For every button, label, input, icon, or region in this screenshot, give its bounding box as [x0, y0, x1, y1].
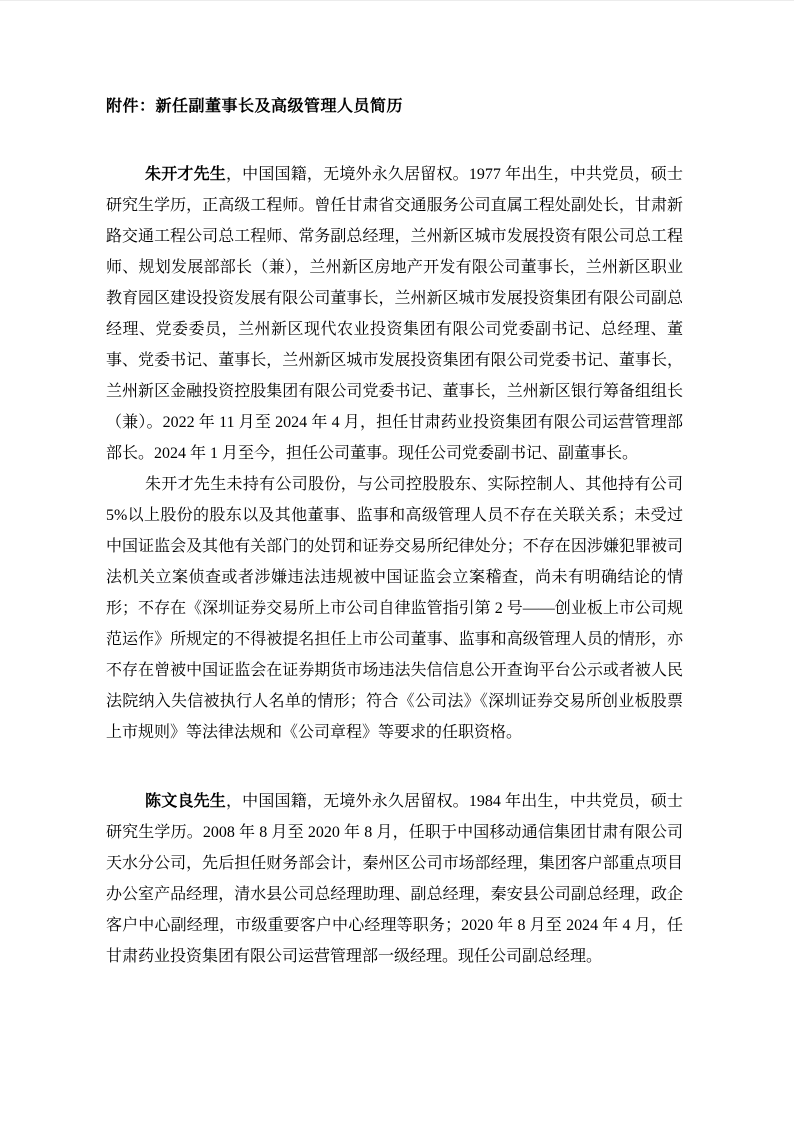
zhu-kaicai-bio-paragraph: 朱开才先生，中国国籍，无境外永久居留权。1977 年出生，中共党员，硕士研究生学… — [106, 159, 683, 469]
document-page: 附件：新任副董事长及高级管理人员简历 朱开才先生，中国国籍，无境外永久居留权。1… — [0, 0, 794, 1122]
zhu-kaicai-compliance-text: 朱开才先生未持有公司股份，与公司控股股东、实际控制人、其他持有公司5%以上股份的… — [106, 476, 683, 741]
chen-wenliang-bio-text: ，中国国籍，无境外永久居留权。1984 年出生，中共党员，硕士研究生学历。200… — [106, 793, 683, 965]
attachment-title: 附件：新任副董事长及高级管理人员简历 — [106, 95, 683, 119]
zhu-kaicai-name: 朱开才先生 — [145, 166, 226, 183]
zhu-kaicai-compliance-paragraph: 朱开才先生未持有公司股份，与公司控股股东、实际控制人、其他持有公司5%以上股份的… — [106, 469, 683, 748]
chen-wenliang-bio-paragraph: 陈文良先生，中国国籍，无境外永久居留权。1984 年出生，中共党员，硕士研究生学… — [106, 786, 683, 972]
zhu-kaicai-bio-text: ，中国国籍，无境外永久居留权。1977 年出生，中共党员，硕士研究生学历，正高级… — [106, 166, 683, 462]
chen-wenliang-name: 陈文良先生 — [145, 793, 226, 810]
